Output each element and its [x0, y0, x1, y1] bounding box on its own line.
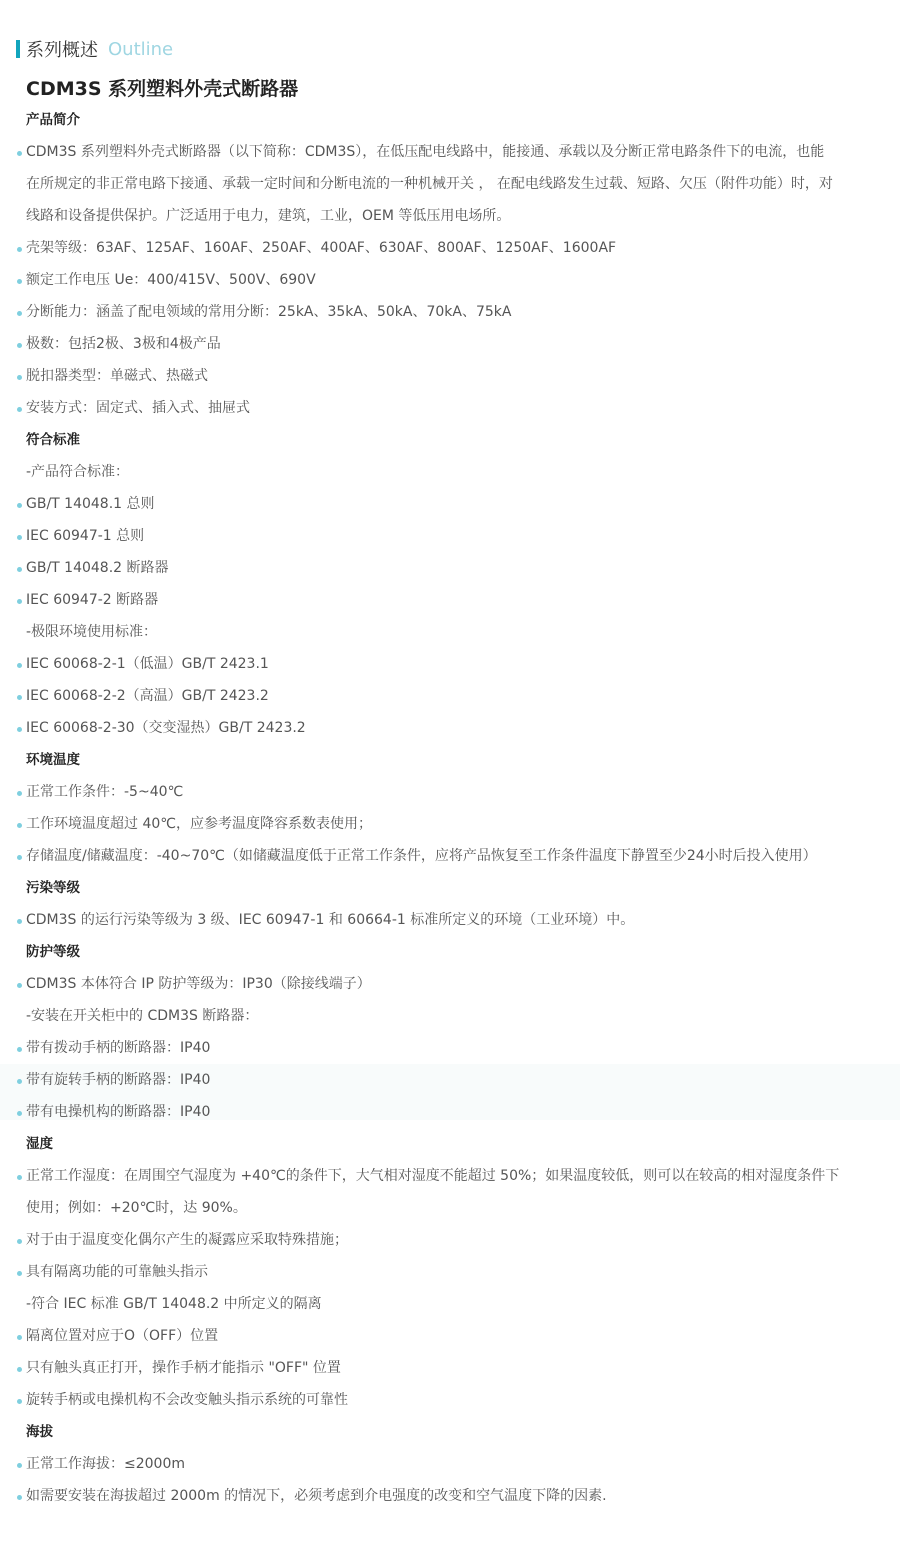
list-item: CDM3S 的运行污染等级为 3 级、IEC 60947-1 和 60664-1…	[0, 904, 900, 936]
list-item: 正常工作海拔：≤2000m	[0, 1448, 900, 1480]
bullet-dot-icon	[17, 1399, 22, 1404]
row-text: 壳架等级：63AF、125AF、160AF、250AF、400AF、630AF、…	[26, 240, 616, 256]
row-text: 带有旋转手柄的断路器：IP40	[26, 1072, 210, 1088]
bullet-dot-icon	[17, 727, 22, 732]
row-text: -极限环境使用标准：	[26, 624, 157, 640]
bullet-dot-icon	[17, 247, 22, 252]
spec-list: 产品简介CDM3S 系列塑料外壳式断路器（以下简称：CDM3S），在低压配电线路…	[0, 104, 900, 1512]
row-text: IEC 60947-1 总则	[26, 528, 144, 544]
bullet-dot-icon	[17, 279, 22, 284]
section-heading: 污染等级	[0, 872, 900, 904]
sub-heading: -符合 IEC 标准 GB/T 14048.2 中所定义的隔离	[0, 1288, 900, 1320]
list-item: 隔离位置对应于O（OFF）位置	[0, 1320, 900, 1352]
row-text: 脱扣器类型：单磁式、热磁式	[26, 368, 208, 384]
bullet-dot-icon	[17, 1367, 22, 1372]
bullet-dot-icon	[17, 311, 22, 316]
list-item: CDM3S 系列塑料外壳式断路器（以下简称：CDM3S），在低压配电线路中，能接…	[0, 136, 900, 168]
row-text: 使用；例如：+20℃时，达 90%。	[26, 1200, 247, 1216]
row-text: 分断能力：涵盖了配电领域的常用分断：25kA、35kA、50kA、70kA、75…	[26, 304, 512, 320]
row-text: 隔离位置对应于O（OFF）位置	[26, 1328, 218, 1344]
list-item: 额定工作电压 Ue：400/415V、500V、690V	[0, 264, 900, 296]
list-item: 壳架等级：63AF、125AF、160AF、250AF、400AF、630AF、…	[0, 232, 900, 264]
row-text: 正常工作湿度：在周围空气湿度为 +40℃的条件下，大气相对湿度不能超过 50%；…	[26, 1168, 839, 1184]
row-text: CDM3S 系列塑料外壳式断路器（以下简称：CDM3S），在低压配电线路中，能接…	[26, 144, 824, 160]
row-text: 存储温度/储藏温度：-40~70℃（如储藏温度低于正常工作条件，应将产品恢复至工…	[26, 848, 817, 864]
list-item: GB/T 14048.2 断路器	[0, 552, 900, 584]
list-item: 安装方式：固定式、插入式、抽屉式	[0, 392, 900, 424]
row-text: 在所规定的非正常电路下接通、承载一定时间和分断电流的一种机械开关 ， 在配电线路…	[26, 176, 833, 192]
row-text: 产品简介	[26, 112, 80, 128]
row-text: IEC 60068-2-30（交变湿热）GB/T 2423.2	[26, 720, 306, 736]
list-item: 旋转手柄或电操机构不会改变触头指示系统的可靠性	[0, 1384, 900, 1416]
bullet-dot-icon	[17, 503, 22, 508]
bullet-dot-icon	[17, 1335, 22, 1340]
row-text: IEC 60068-2-2（高温）GB/T 2423.2	[26, 688, 269, 704]
bullet-dot-icon	[17, 695, 22, 700]
list-item: 分断能力：涵盖了配电领域的常用分断：25kA、35kA、50kA、70kA、75…	[0, 296, 900, 328]
row-text: 安装方式：固定式、插入式、抽屉式	[26, 400, 250, 416]
list-item: CDM3S 本体符合 IP 防护等级为：IP30（除接线端子）	[0, 968, 900, 1000]
bullet-dot-icon	[17, 1111, 22, 1116]
row-text: 工作环境温度超过 40℃，应参考温度降容系数表使用；	[26, 816, 372, 832]
bullet-dot-icon	[17, 983, 22, 988]
row-text: 具有隔离功能的可靠触头指示	[26, 1264, 208, 1280]
bullet-dot-icon	[17, 1079, 22, 1084]
row-text: CDM3S 本体符合 IP 防护等级为：IP30（除接线端子）	[26, 976, 371, 992]
bullet-dot-icon	[17, 1175, 22, 1180]
accent-bar	[16, 40, 20, 58]
bullet-dot-icon	[17, 151, 22, 156]
section-heading: 防护等级	[0, 936, 900, 968]
row-text: 海拔	[26, 1424, 53, 1440]
bullet-dot-icon	[17, 535, 22, 540]
row-text: 只有触头真正打开，操作手柄才能指示 "OFF" 位置	[26, 1360, 341, 1376]
row-text: 极数：包括2极、3极和4极产品	[26, 336, 221, 352]
list-item: IEC 60068-2-1（低温）GB/T 2423.1	[0, 648, 900, 680]
bullet-dot-icon	[17, 567, 22, 572]
list-item: 正常工作湿度：在周围空气湿度为 +40℃的条件下，大气相对湿度不能超过 50%；…	[0, 1160, 900, 1192]
bullet-dot-icon	[17, 375, 22, 380]
bullet-dot-icon	[17, 343, 22, 348]
bullet-dot-icon	[17, 1495, 22, 1500]
list-item-continuation: 使用；例如：+20℃时，达 90%。	[0, 1192, 900, 1224]
list-item-continuation: 线路和设备提供保护。广泛适用于电力，建筑，工业，OEM 等低压用电场所。	[0, 200, 900, 232]
list-item: 对于由于温度变化偶尔产生的凝露应采取特殊措施；	[0, 1224, 900, 1256]
list-item: IEC 60947-1 总则	[0, 520, 900, 552]
row-text: -符合 IEC 标准 GB/T 14048.2 中所定义的隔离	[26, 1296, 322, 1312]
section-heading: 海拔	[0, 1416, 900, 1448]
row-text: 正常工作海拔：≤2000m	[26, 1456, 185, 1472]
list-item: 具有隔离功能的可靠触头指示	[0, 1256, 900, 1288]
row-text: 如需要安装在海拔超过 2000m 的情况下，必须考虑到介电强度的改变和空气温度下…	[26, 1488, 607, 1504]
row-text: 旋转手柄或电操机构不会改变触头指示系统的可靠性	[26, 1392, 348, 1408]
bullet-dot-icon	[17, 599, 22, 604]
list-item: 如需要安装在海拔超过 2000m 的情况下，必须考虑到介电强度的改变和空气温度下…	[0, 1480, 900, 1512]
bullet-dot-icon	[17, 407, 22, 412]
row-text: 对于由于温度变化偶尔产生的凝露应采取特殊措施；	[26, 1232, 348, 1248]
list-item: 只有触头真正打开，操作手柄才能指示 "OFF" 位置	[0, 1352, 900, 1384]
bullet-dot-icon	[17, 1271, 22, 1276]
list-item: 带有旋转手柄的断路器：IP40	[0, 1064, 900, 1096]
row-text: 额定工作电压 Ue：400/415V、500V、690V	[26, 272, 316, 288]
bullet-dot-icon	[17, 855, 22, 860]
sub-heading: -产品符合标准：	[0, 456, 900, 488]
bullet-dot-icon	[17, 823, 22, 828]
row-text: 带有电操机构的断路器：IP40	[26, 1104, 210, 1120]
row-text: 防护等级	[26, 944, 80, 960]
section-title-en: Outline	[108, 39, 173, 60]
row-text: 线路和设备提供保护。广泛适用于电力，建筑，工业，OEM 等低压用电场所。	[26, 208, 510, 224]
row-text: 符合标准	[26, 432, 80, 448]
row-text: 正常工作条件：-5~40℃	[26, 784, 183, 800]
section-heading: 符合标准	[0, 424, 900, 456]
list-item-continuation: 在所规定的非正常电路下接通、承载一定时间和分断电流的一种机械开关 ， 在配电线路…	[0, 168, 900, 200]
bullet-dot-icon	[17, 791, 22, 796]
section-header: 系列概述 Outline	[16, 36, 173, 62]
bullet-dot-icon	[17, 663, 22, 668]
row-text: IEC 60947-2 断路器	[26, 592, 158, 608]
bullet-dot-icon	[17, 919, 22, 924]
list-item: 带有电操机构的断路器：IP40	[0, 1096, 900, 1128]
row-text: 污染等级	[26, 880, 80, 896]
list-item: 工作环境温度超过 40℃，应参考温度降容系数表使用；	[0, 808, 900, 840]
row-text: GB/T 14048.1 总则	[26, 496, 155, 512]
list-item: 带有拨动手柄的断路器：IP40	[0, 1032, 900, 1064]
sub-heading: -安装在开关柜中的 CDM3S 断路器：	[0, 1000, 900, 1032]
row-text: -安装在开关柜中的 CDM3S 断路器：	[26, 1008, 258, 1024]
row-text: GB/T 14048.2 断路器	[26, 560, 169, 576]
list-item: GB/T 14048.1 总则	[0, 488, 900, 520]
list-item: 正常工作条件：-5~40℃	[0, 776, 900, 808]
row-text: 环境温度	[26, 752, 80, 768]
list-item: 存储温度/储藏温度：-40~70℃（如储藏温度低于正常工作条件，应将产品恢复至工…	[0, 840, 900, 872]
list-item: 极数：包括2极、3极和4极产品	[0, 328, 900, 360]
sub-heading: -极限环境使用标准：	[0, 616, 900, 648]
row-text: IEC 60068-2-1（低温）GB/T 2423.1	[26, 656, 269, 672]
page-title: CDM3S 系列塑料外壳式断路器	[26, 74, 298, 101]
section-heading: 湿度	[0, 1128, 900, 1160]
row-text: CDM3S 的运行污染等级为 3 级、IEC 60947-1 和 60664-1…	[26, 912, 634, 928]
row-text: -产品符合标准：	[26, 464, 129, 480]
bullet-dot-icon	[17, 1463, 22, 1468]
list-item: IEC 60068-2-2（高温）GB/T 2423.2	[0, 680, 900, 712]
list-item: 脱扣器类型：单磁式、热磁式	[0, 360, 900, 392]
section-heading: 环境温度	[0, 744, 900, 776]
section-heading: 产品简介	[0, 104, 900, 136]
list-item: IEC 60068-2-30（交变湿热）GB/T 2423.2	[0, 712, 900, 744]
list-item: IEC 60947-2 断路器	[0, 584, 900, 616]
row-text: 湿度	[26, 1136, 53, 1152]
bullet-dot-icon	[17, 1047, 22, 1052]
row-text: 带有拨动手柄的断路器：IP40	[26, 1040, 210, 1056]
section-title-cn: 系列概述	[26, 36, 98, 62]
bullet-dot-icon	[17, 1239, 22, 1244]
